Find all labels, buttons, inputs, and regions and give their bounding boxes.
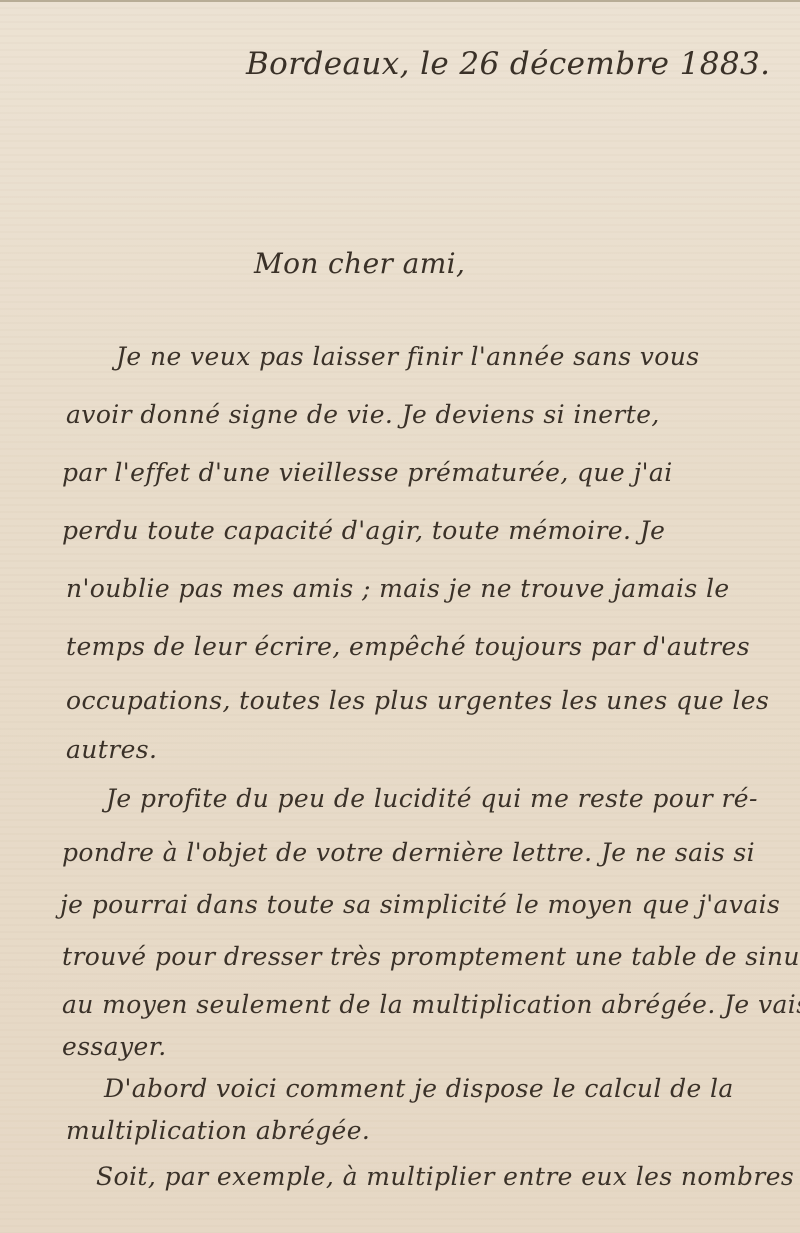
letter-line-5: n'oublie pas mes amis ; mais je ne trouv… (66, 574, 730, 603)
letter-line-9: Je profite du peu de lucidité qui me res… (106, 784, 758, 813)
letter-line-16: multiplication abrégée. (66, 1116, 370, 1145)
letter-line-17: Soit, par exemple, à multiplier entre eu… (96, 1162, 794, 1191)
letter-line-10: pondre à l'objet de votre dernière lettr… (62, 838, 755, 867)
letter-page: Bordeaux, le 26 décembre 1883. Mon cher … (0, 0, 800, 1233)
letter-line-12: trouvé pour dresser très promptement une… (62, 942, 800, 971)
letter-line-4: perdu toute capacité d'agir, toute mémoi… (62, 516, 665, 545)
salutation: Mon cher ami, (254, 247, 465, 280)
date-line: Bordeaux, le 26 décembre 1883. (246, 46, 770, 82)
letter-line-8: autres. (66, 735, 157, 764)
letter-line-13: au moyen seulement de la multiplication … (62, 990, 800, 1019)
letter-line-6: temps de leur écrire, empêché toujours p… (66, 632, 750, 661)
letter-line-2: avoir donné signe de vie. Je deviens si … (66, 400, 660, 429)
letter-line-11: je pourrai dans toute sa simplicité le m… (60, 890, 780, 919)
letter-line-1: Je ne veux pas laisser finir l'année san… (116, 342, 699, 371)
letter-line-14: essayer. (62, 1032, 167, 1061)
letter-line-7: occupations, toutes les plus urgentes le… (66, 686, 769, 715)
letter-line-15: D'abord voici comment je dispose le calc… (104, 1074, 734, 1103)
letter-line-3: par l'effet d'une vieillesse prématurée,… (62, 458, 673, 487)
